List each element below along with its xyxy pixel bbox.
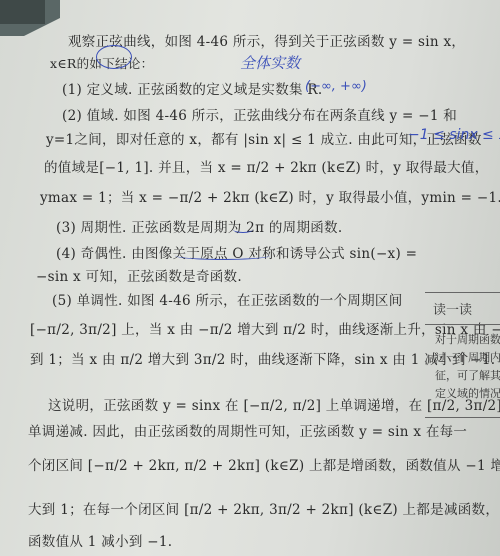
item-3: (3) 周期性. 正弦函数是周期为 2π 的周期函数. bbox=[56, 216, 342, 236]
sidebar-divider bbox=[425, 417, 500, 418]
sidebar-line: 定义域的情况 bbox=[425, 385, 500, 403]
handwritten-note-3: −1 ≤ sinx ≤ 1 bbox=[408, 127, 500, 143]
handwritten-note-2: (−∞, +∞) bbox=[305, 79, 367, 94]
handwritten-underline bbox=[233, 226, 253, 233]
intro-line-1: 观察正弦曲线，如图 4-46 所示，得到关于正弦函数 y = sin x， bbox=[68, 30, 465, 50]
paragraph-line-2: 单调递减. 因此，由正弦函数的周期性可知，正弦函数 y = sin x 在每一 bbox=[28, 420, 467, 440]
item-5-line-1: (5) 单调性. 如图 4-46 所示，在正弦函数的一个周期区间 bbox=[52, 289, 403, 309]
handwritten-circle bbox=[96, 45, 132, 69]
sidebar-line: 征，可了解其 bbox=[425, 367, 500, 385]
handwritten-underline bbox=[175, 251, 270, 260]
paragraph-line-5: 函数值从 1 减小到 −1. bbox=[28, 530, 172, 550]
item-2-line-3: 的值域是[−1, 1]. 并且，当 x = π/2 + 2kπ (k∈Z) 时，… bbox=[44, 156, 489, 176]
item-2-line-4: ymax = 1；当 x = −π/2 + 2kπ (k∈Z) 时，y 取得最小… bbox=[40, 186, 500, 206]
item-2-line-1: (2) 值域. 如图 4-46 所示，正弦曲线分布在两条直线 y = −1 和 bbox=[62, 104, 457, 124]
item-4-line-2: −sin x 可知，正弦函数是奇函数. bbox=[36, 265, 242, 285]
paragraph-line-3: 个闭区间 [−π/2 + 2kπ, π/2 + 2kπ] (k∈Z) 上都是增函… bbox=[28, 454, 500, 474]
item-1: (1) 定义域. 正弦函数的定义域是实数集 R. bbox=[62, 78, 322, 98]
paragraph-line-4: 大到 1；在每一个闭区间 [π/2 + 2kπ, 3π/2 + 2kπ] (k∈… bbox=[28, 498, 499, 518]
sidebar-line: 过一个周期内 bbox=[425, 349, 500, 367]
sidebar-title: 读一读 bbox=[425, 292, 500, 325]
sidebar-read-box: 读一读 对于周期函数 过一个周期内 征，可了解其 定义域的情况 bbox=[425, 292, 500, 418]
sidebar-line: 对于周期函数 bbox=[425, 331, 500, 349]
handwritten-note-1: 全体实数 bbox=[240, 52, 300, 73]
background-object-dark bbox=[0, 0, 45, 24]
